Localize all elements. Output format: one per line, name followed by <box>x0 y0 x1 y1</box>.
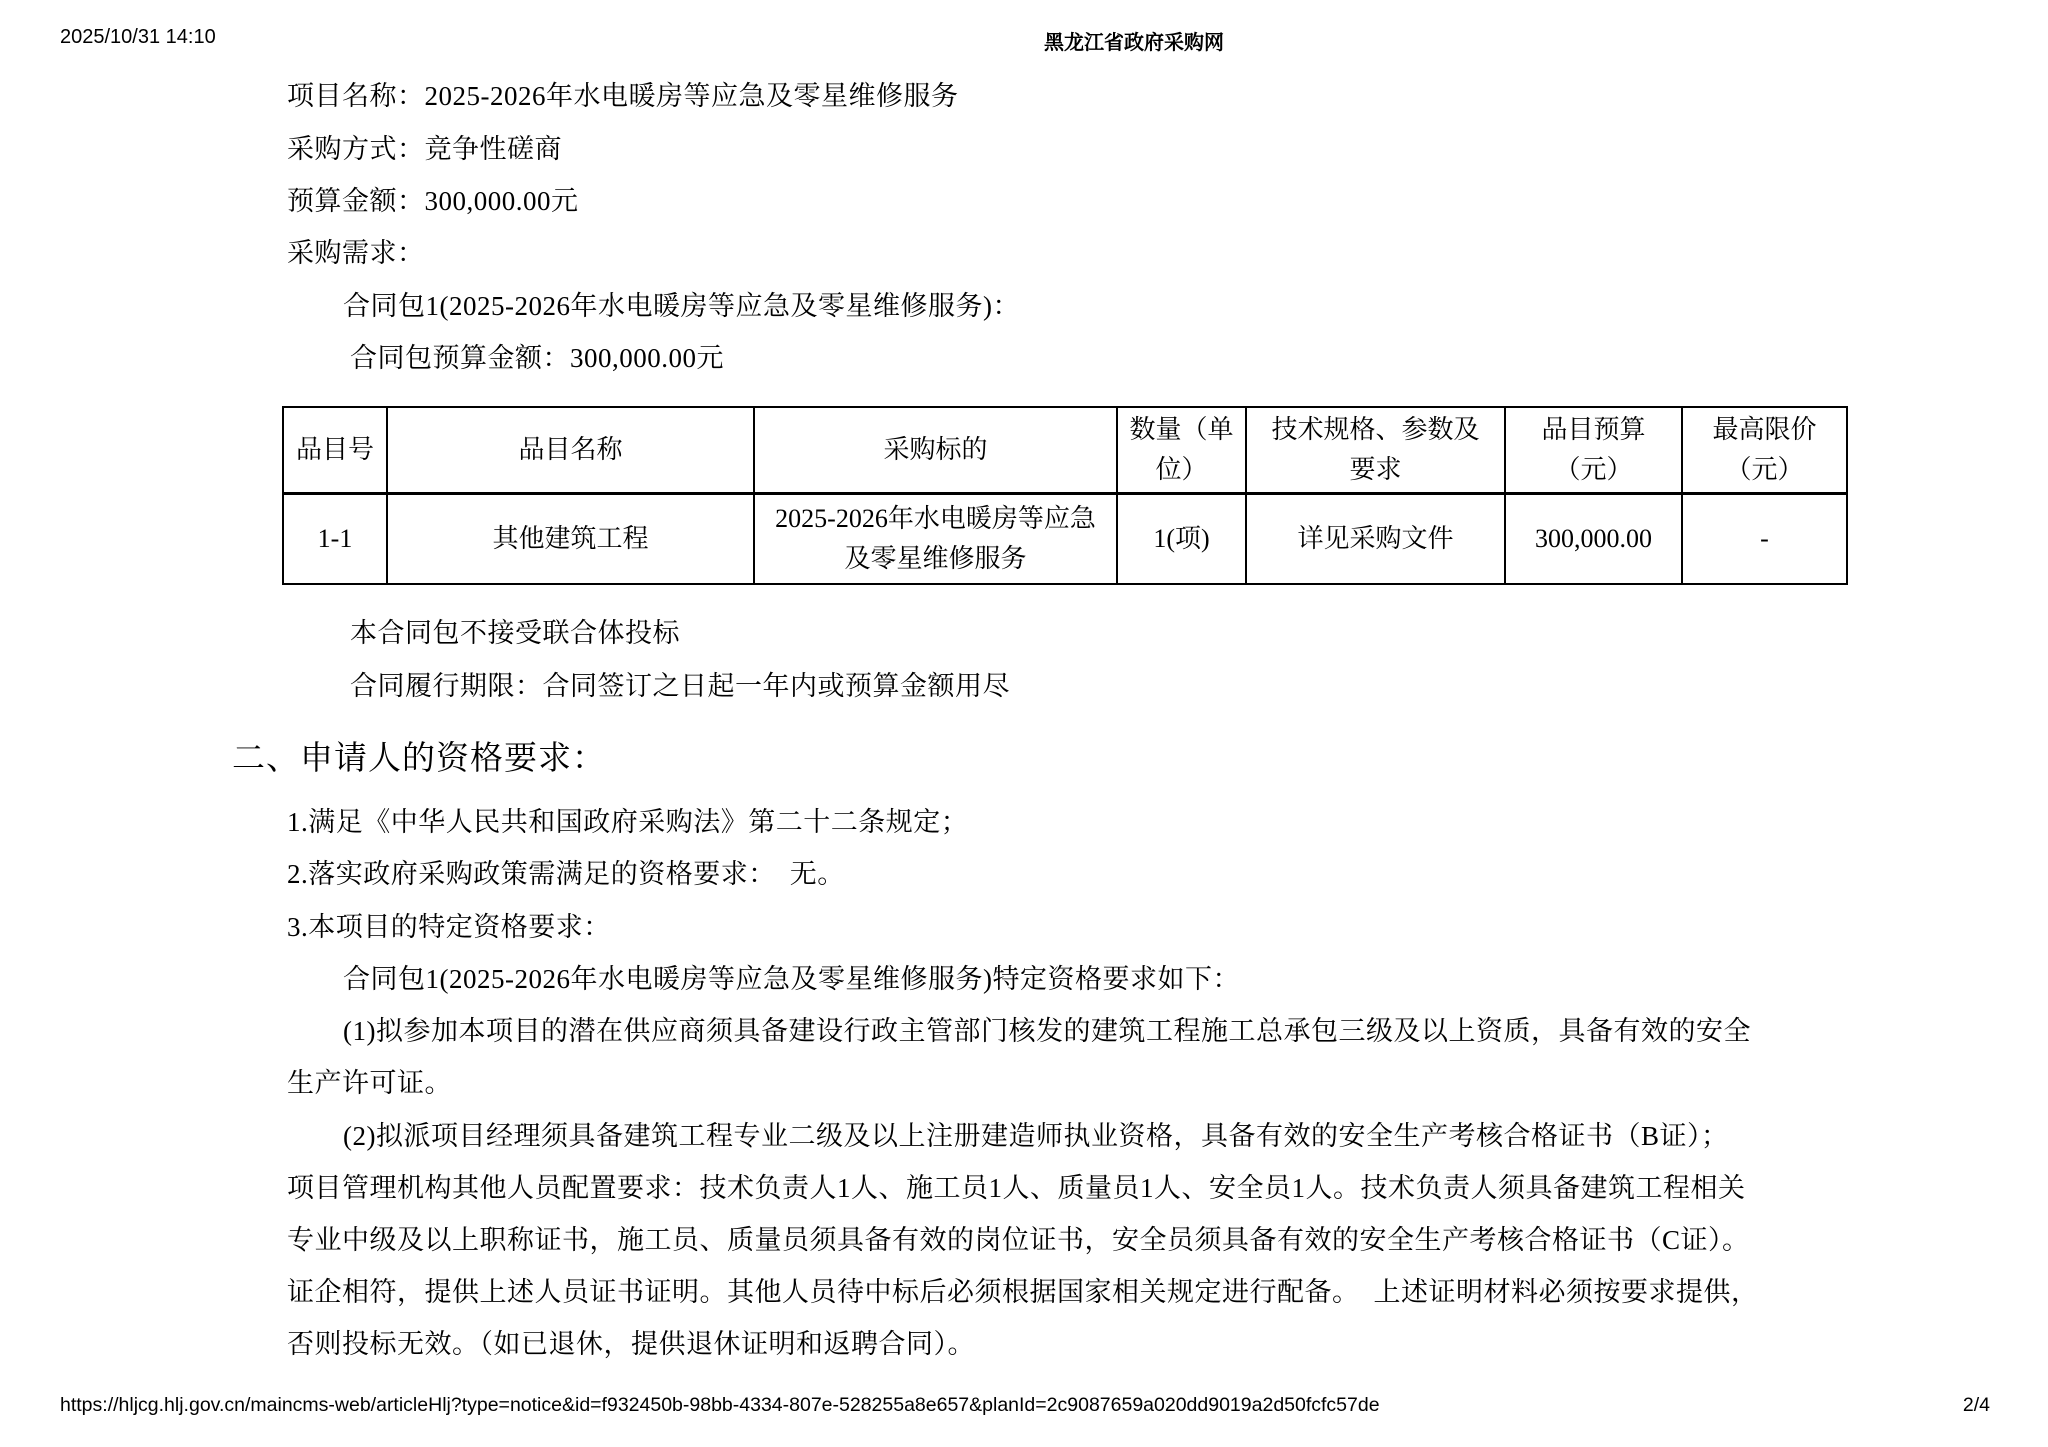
cell-quantity: 1(项) <box>1117 494 1246 585</box>
cell-item-budget: 300,000.00 <box>1505 494 1682 585</box>
col-header-price-limit: 最高限价 （元） <box>1682 407 1847 494</box>
contract-package-line: 合同包1(2025-2026年水电暖房等应急及零星维修服务)： <box>343 287 1020 325</box>
col-header-specs: 技术规格、参数及 要求 <box>1246 407 1505 494</box>
site-title: 黑龙江省政府采购网 <box>1044 26 1224 55</box>
col-header-quantity: 数量（单 位） <box>1117 407 1246 494</box>
printed-document-page: 2025/10/31 14:10 黑龙江省政府采购网 项目名称：2025-202… <box>0 0 2048 1447</box>
package-budget-line: 合同包预算金额：300,000.00元 <box>350 339 724 377</box>
budget-amount-line: 预算金额：300,000.00元 <box>287 182 579 220</box>
qualification-detail-1b: 生产许可证。 <box>287 1064 452 1102</box>
table-header-row: 品目号 品目名称 采购标的 数量（单 位） 技术规格、参数及 要求 品目预算 （… <box>283 407 1847 494</box>
qualification-detail-2d: 证企相符，提供上述人员证书证明。其他人员待中标后必须根据国家相关规定进行配备。 … <box>287 1273 1759 1311</box>
col-header-item-budget: 品目预算 （元） <box>1505 407 1682 494</box>
qualification-detail-2a: (2)拟派项目经理须具备建筑工程专业二级及以上注册建造师执业资格，具备有效的安全… <box>343 1117 1729 1155</box>
cell-subject: 2025-2026年水电暖房等应急 及零星维修服务 <box>754 494 1117 585</box>
source-url: https://hljcg.hlj.gov.cn/maincms-web/art… <box>60 1394 1380 1417</box>
col-header-item-no: 品目号 <box>283 407 387 494</box>
qualification-detail-2c: 专业中级及以上职称证书，施工员、质量员须具备有效的岗位证书，安全员须具备有效的安… <box>287 1221 1750 1259</box>
procurement-items-table: 品目号 品目名称 采购标的 数量（单 位） 技术规格、参数及 要求 品目预算 （… <box>282 406 1848 585</box>
package-qualification-intro: 合同包1(2025-2026年水电暖房等应急及零星维修服务)特定资格要求如下： <box>343 960 1240 998</box>
col-header-item-name: 品目名称 <box>387 407 754 494</box>
project-name-line: 项目名称：2025-2026年水电暖房等应急及零星维修服务 <box>287 77 959 115</box>
procurement-demand-line: 采购需求： <box>287 234 425 272</box>
qualification-item-2: 2.落实政府采购政策需满足的资格要求： 无。 <box>287 855 845 893</box>
qualification-detail-2b: 项目管理机构其他人员配置要求：技术负责人1人、施工员1人、质量员1人、安全员1人… <box>287 1169 1746 1207</box>
print-datetime: 2025/10/31 14:10 <box>60 26 216 49</box>
no-consortium-line: 本合同包不接受联合体投标 <box>350 614 680 652</box>
procurement-method-line: 采购方式：竞争性磋商 <box>287 130 562 168</box>
cell-item-name: 其他建筑工程 <box>387 494 754 585</box>
qualification-item-1: 1.满足《中华人民共和国政府采购法》第二十二条规定； <box>287 803 968 841</box>
qualification-detail-1a: (1)拟参加本项目的潜在供应商须具备建设行政主管部门核发的建筑工程施工总承包三级… <box>343 1012 1751 1050</box>
qualification-detail-2e: 否则投标无效。（如已退休，提供退休证明和返聘合同）。 <box>287 1325 975 1363</box>
contract-period-line: 合同履行期限：合同签订之日起一年内或预算金额用尽 <box>350 667 1010 705</box>
table-row: 1-1 其他建筑工程 2025-2026年水电暖房等应急 及零星维修服务 1(项… <box>283 494 1847 585</box>
col-header-subject: 采购标的 <box>754 407 1117 494</box>
qualification-item-3: 3.本项目的特定资格要求： <box>287 908 611 946</box>
cell-price-limit: - <box>1682 494 1847 585</box>
cell-item-no: 1-1 <box>283 494 387 585</box>
qualification-section-heading: 二、申请人的资格要求： <box>232 740 606 778</box>
page-number: 2/4 <box>1963 1394 1990 1417</box>
cell-specs: 详见采购文件 <box>1246 494 1505 585</box>
